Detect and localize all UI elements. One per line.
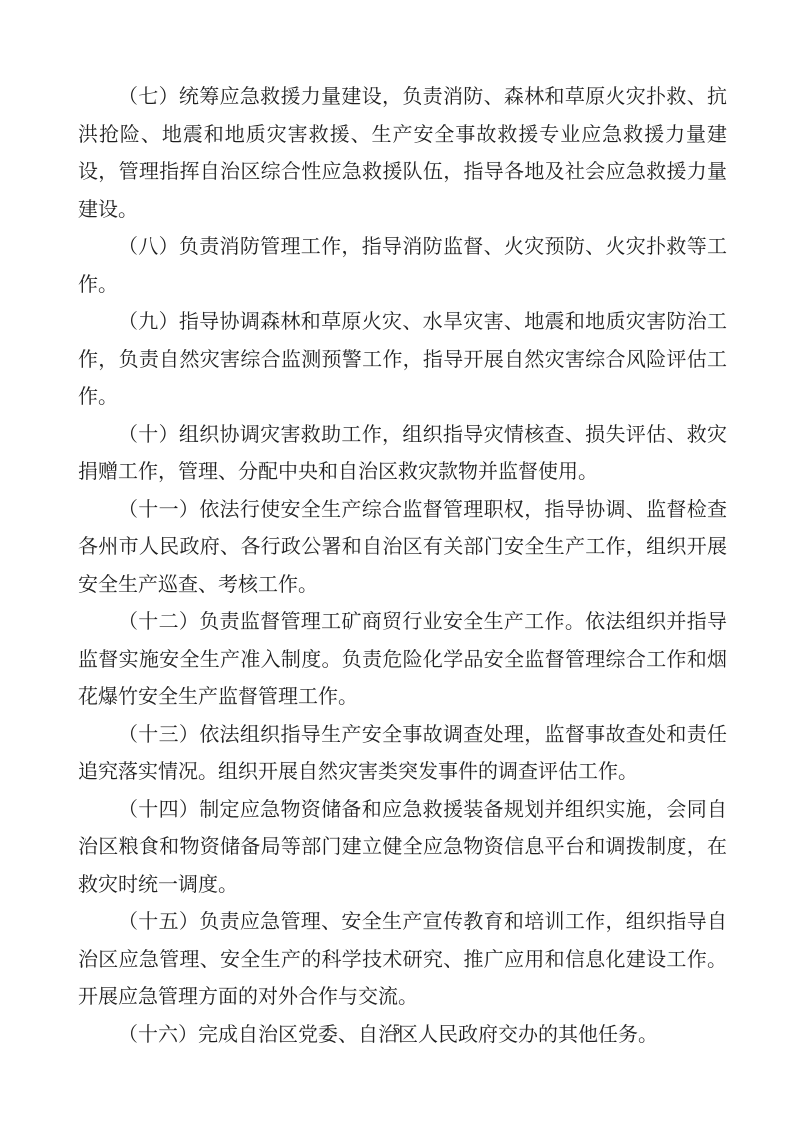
clause-paragraph-13: （十三）依法组织指导生产安全事故调查处理，监督事故查处和责任追究落实情况。组织开… — [78, 717, 727, 792]
clause-paragraph-15: （十五）负责应急管理、安全生产宣传教育和培训工作，组织指导自治区应急管理、安全生… — [78, 904, 727, 1017]
clause-paragraph-9: （九）指导协调森林和草原火灾、水旱灾害、地震和地质灾害防治工作，负责自然灾害综合… — [78, 304, 727, 417]
clause-paragraph-11: （十一）依法行使安全生产综合监督管理职权，指导协调、监督检查各州市人民政府、各行… — [78, 492, 727, 605]
clause-paragraph-7: （七）统筹应急救援力量建设，负责消防、森林和草原火灾扑救、抗洪抢险、地震和地质灾… — [78, 79, 727, 229]
clause-paragraph-14: （十四）制定应急物资储备和应急救援装备规划并组织实施，会同自治区粮食和物资储备局… — [78, 792, 727, 905]
clause-paragraph-8: （八）负责消防管理工作，指导消防监督、火灾预防、火灾扑救等工作。 — [78, 229, 727, 304]
document-body: （七）统筹应急救援力量建设，负责消防、森林和草原火灾扑救、抗洪抢险、地震和地质灾… — [78, 79, 727, 1054]
page-number: 5 — [0, 1020, 793, 1040]
clause-paragraph-12: （十二）负责监督管理工矿商贸行业安全生产工作。依法组织并指导监督实施安全生产准入… — [78, 604, 727, 717]
clause-paragraph-10: （十）组织协调灾害救助工作，组织指导灾情核查、损失评估、救灾捐赠工作，管理、分配… — [78, 417, 727, 492]
document-page: （七）统筹应急救援力量建设，负责消防、森林和草原火灾扑救、抗洪抢险、地震和地质灾… — [0, 0, 793, 1122]
